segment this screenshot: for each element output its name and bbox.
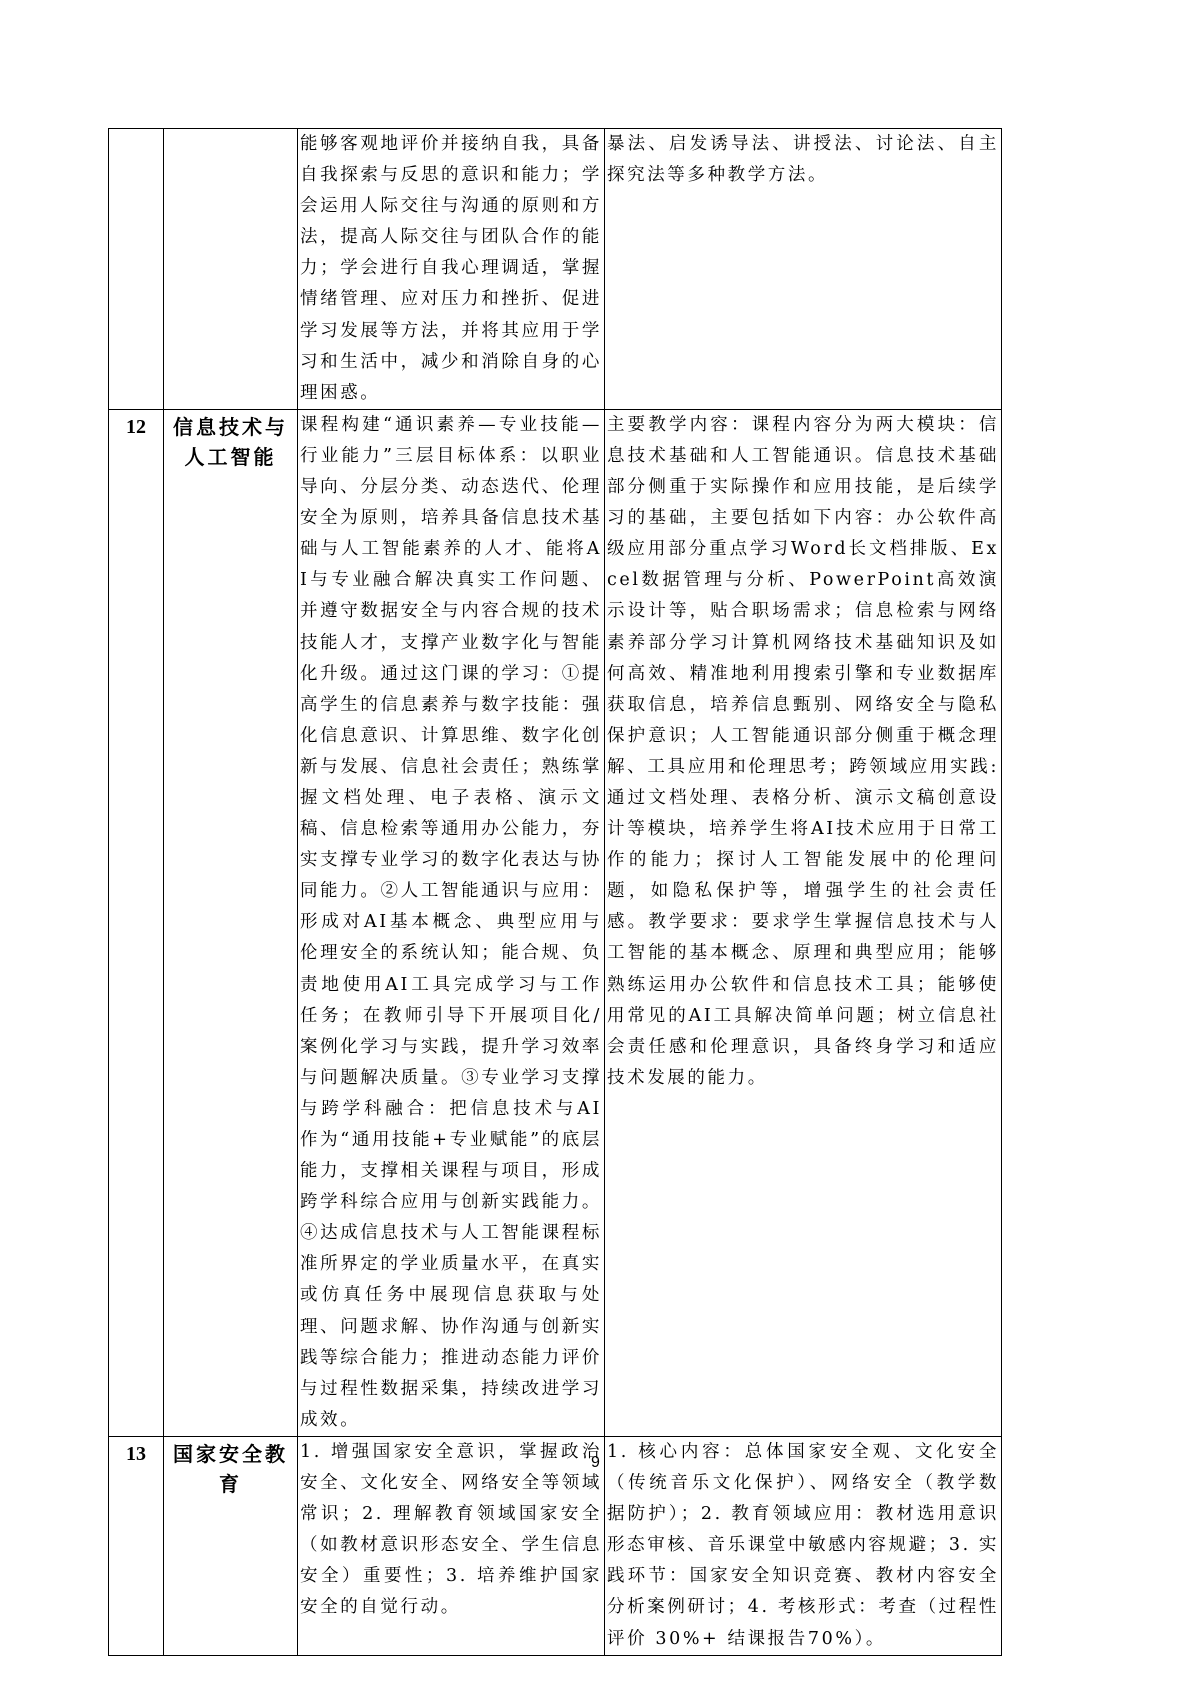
table-row: 12 信息技术与人工智能 课程构建“通识素养—专业技能—行业能力”三层目标体系：… <box>109 409 1002 1436</box>
course-content-text: 暴法、启发诱导法、讲授法、讨论法、自主探究法等多种教学方法。 <box>607 129 999 191</box>
course-goals-cell: 能够客观地评价并接纳自我，具备自我探索与反思的意识和能力；学会运用人际交往与沟通… <box>298 129 605 410</box>
course-content-cell: 暴法、启发诱导法、讲授法、讨论法、自主探究法等多种教学方法。 <box>605 129 1002 410</box>
course-number-cell: 12 <box>109 409 164 1436</box>
course-goals-cell: 课程构建“通识素养—专业技能—行业能力”三层目标体系：以职业导向、分层分类、动态… <box>298 409 605 1436</box>
page-number: 9 <box>0 1454 1191 1472</box>
course-name-cell: 信息技术与人工智能 <box>164 409 298 1436</box>
document-page: 能够客观地评价并接纳自我，具备自我探索与反思的意识和能力；学会运用人际交往与沟通… <box>0 0 1191 1684</box>
table-row: 能够客观地评价并接纳自我，具备自我探索与反思的意识和能力；学会运用人际交往与沟通… <box>109 129 1002 410</box>
course-goals-text: 课程构建“通识素养—专业技能—行业能力”三层目标体系：以职业导向、分层分类、动态… <box>300 410 602 1436</box>
course-number-cell <box>109 129 164 410</box>
course-name-cell <box>164 129 298 410</box>
course-goals-text: 能够客观地评价并接纳自我，具备自我探索与反思的意识和能力；学会运用人际交往与沟通… <box>300 129 602 409</box>
course-content-text: 主要教学内容：课程内容分为两大模块：信息技术基础和人工智能通识。信息技术基础部分… <box>607 410 999 1094</box>
course-content-cell: 主要教学内容：课程内容分为两大模块：信息技术基础和人工智能通识。信息技术基础部分… <box>605 409 1002 1436</box>
course-table: 能够客观地评价并接纳自我，具备自我探索与反思的意识和能力；学会运用人际交往与沟通… <box>108 128 1002 1656</box>
